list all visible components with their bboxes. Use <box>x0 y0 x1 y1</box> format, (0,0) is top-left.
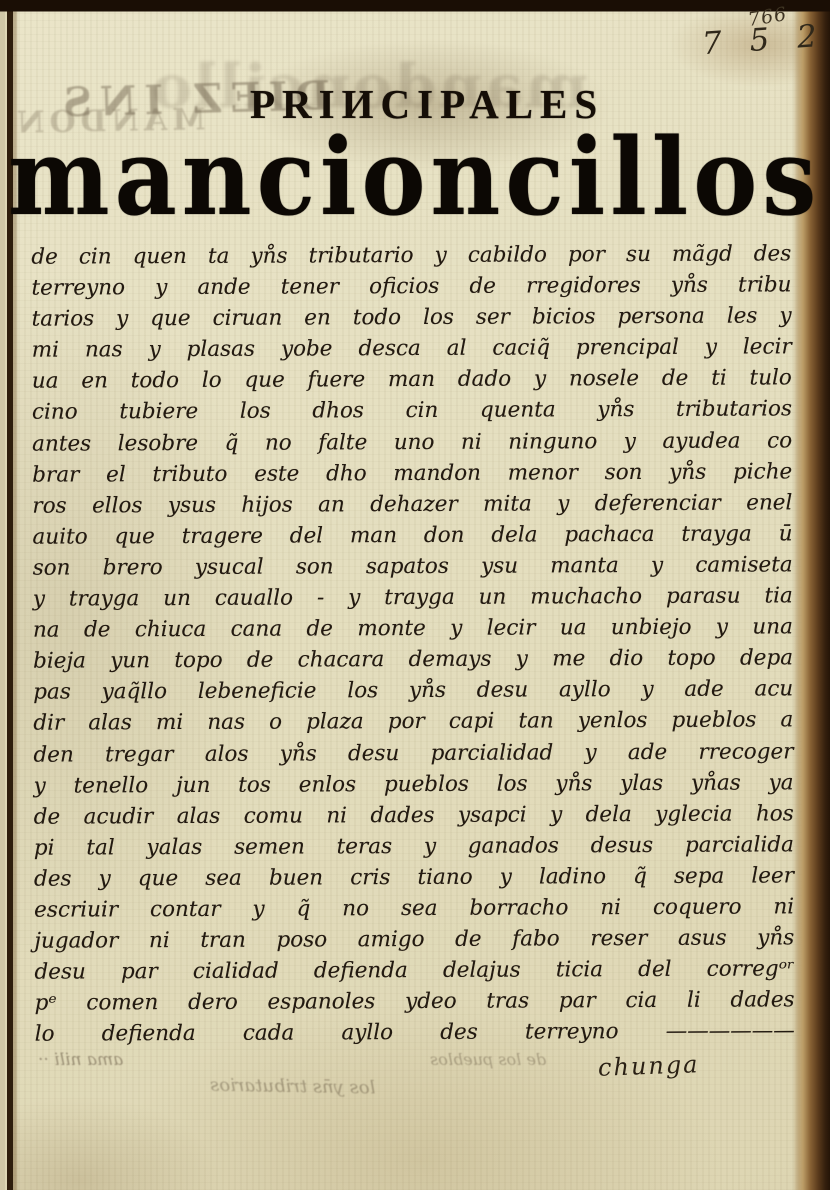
manuscript-line: cino tubiere los dhos cin quenta yn̊s tr… <box>32 394 792 428</box>
manuscript-line: bieja yun topo de chacara demays y me di… <box>33 643 793 677</box>
manuscript-line: pᵉ comen dero espanoles ydeo tras par ci… <box>34 985 794 1019</box>
manuscript-line: mi nas y plasas yobe desca al caciq̃ pre… <box>32 332 792 366</box>
manuscript-line: des y que sea buen cris tiano y ladino q… <box>34 860 794 894</box>
manuscript-line: pi tal yalas semen teras y ganados desus… <box>34 829 794 863</box>
manuscript-line: y tenello jun tos enlos pueblos los yn̊s… <box>34 767 794 801</box>
manuscript-line: na de chiuca cana de monte y lecir ua un… <box>33 611 793 645</box>
manuscript-line: ua en todo lo que fuere man dado y nosel… <box>32 363 792 397</box>
manuscript-line: pas yaq̃llo lebeneficie los yn̊s desu ay… <box>33 674 793 708</box>
manuscript-line: de cin quen ta yn̊s tributario y cabildo… <box>31 238 791 272</box>
manuscript-line: desu par cialidad defienda delajus ticia… <box>34 953 794 987</box>
bleedthrough-text: ama nili ·· <box>38 1050 123 1070</box>
catchword: chunga <box>598 1050 700 1082</box>
manuscript-line: lo defienda cada ayllo des terreyno ————… <box>35 1016 795 1050</box>
page-heading: mancioncillos <box>8 126 828 229</box>
folio-number: 7 5 2 <box>701 18 827 63</box>
bleedthrough-text: de los pueblos <box>430 1050 546 1069</box>
manuscript-line: son brero ysucal son sapatos ysu manta y… <box>33 549 793 583</box>
manuscript-line: brar el tributo este dho mandon menor so… <box>32 456 792 490</box>
manuscript-line: de acudir alas comu ni dades ysapci y de… <box>34 798 794 832</box>
manuscript-line: tarios y que ciruan en todo los ser bici… <box>32 301 792 335</box>
manuscript-line: ros ellos ysus hijos an dehazer mita y d… <box>32 487 792 521</box>
manuscript-line: auito que tragere del man don dela pacha… <box>32 518 792 552</box>
manuscript-line: y trayga un cauallo - y trayga un muchac… <box>33 580 793 614</box>
manuscript-line: jugador ni tran poso amigo de fabo reser… <box>34 922 794 956</box>
bleedthrough-text: los yn̄s tributarios <box>210 1075 376 1099</box>
manuscript-body: de cin quen ta yn̊s tributario y cabildo… <box>31 238 795 1050</box>
manuscript-line: escriuir contar y q̃ no sea borracho ni … <box>34 891 794 925</box>
manuscript-page: mandoncillo DIEZ INS MANDON 766 7 5 2 PR… <box>0 0 830 1190</box>
manuscript-line: den tregar alos yn̊s desu parcialidad y … <box>33 736 793 770</box>
manuscript-line: antes lesobre q̃ no falte uno ni ninguno… <box>32 425 792 459</box>
manuscript-line: terreyno y ande tener oficios de rregido… <box>31 269 791 303</box>
manuscript-line: dir alas mi nas o plaza por capi tan yen… <box>33 705 793 739</box>
